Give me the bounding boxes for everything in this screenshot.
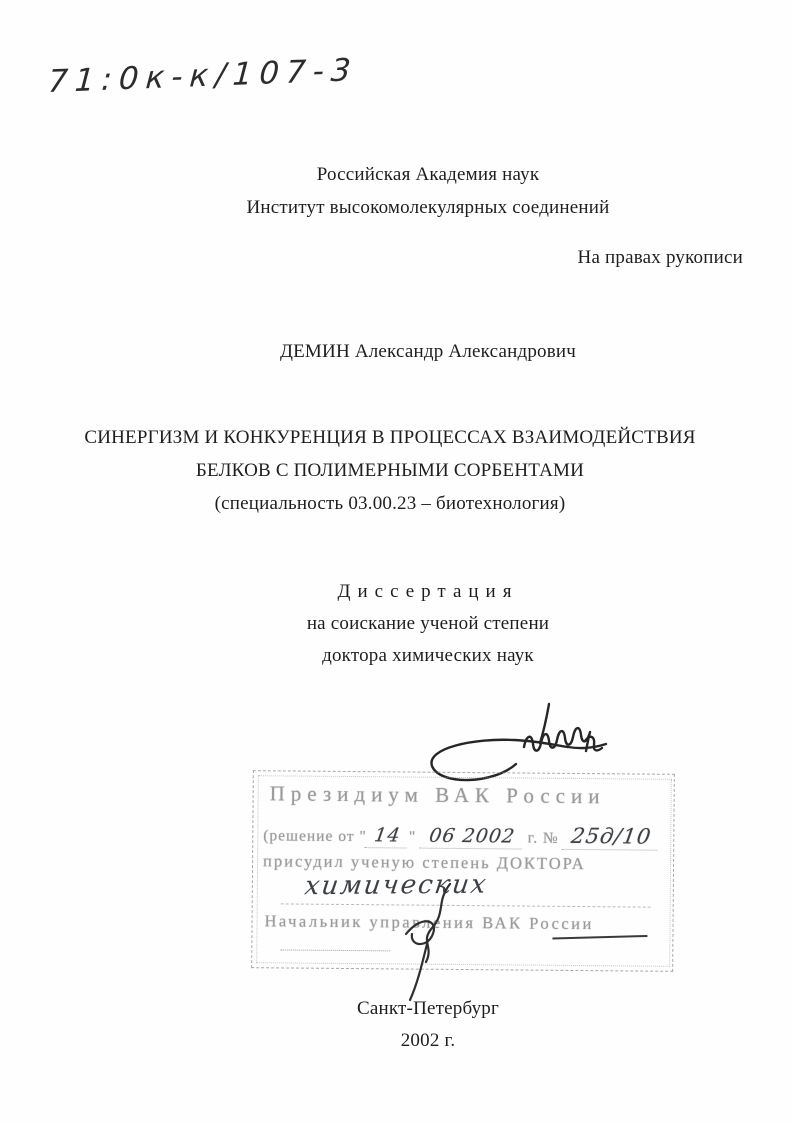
org-line-institute: Институт высокомолекулярных соединений (0, 197, 793, 219)
handwritten-call-number: 71:0к-к/107-3 (47, 52, 359, 100)
decision-prefix: (решение от " (263, 827, 367, 845)
footer-year: 2002 г. (0, 1030, 793, 1052)
document-page: 71:0к-к/107-3 Российская Академия наук И… (0, 0, 793, 1122)
footer-city: Санкт-Петербург (0, 998, 793, 1020)
thesis-degree: доктора химических наук (0, 645, 793, 667)
handwritten-date: 06 2002 (419, 825, 524, 850)
title-line-1: СИНЕРГИЗМ И КОНКУРЕНЦИЯ В ПРОЦЕССАХ ВЗАИ… (0, 427, 780, 449)
manuscript-note: На правах рукописи (0, 247, 743, 269)
org-line-academy: Российская Академия наук (0, 164, 793, 186)
title-line-2: БЕЛКОВ С ПОЛИМЕРНЫМИ СОРБЕНТАМИ (0, 460, 780, 482)
decision-close-quote: " (409, 829, 416, 846)
stamp-org-line: Президиум ВАК России (270, 781, 606, 809)
decision-number-label: г. № (528, 830, 559, 847)
author-name: ДЕМИН Александр Александрович (0, 341, 793, 363)
thesis-purpose: на соискание ученой степени (0, 613, 793, 635)
thesis-type: Диссертация (0, 581, 793, 603)
handwritten-case-number: 25д/10 (562, 824, 662, 851)
handwritten-day: 14 (365, 824, 411, 848)
stamp-decision-line: (решение от "14" 06 2002 г. № 25д/10 (263, 821, 659, 850)
specialty-line: (специальность 03.00.23 – биотехнология) (0, 493, 780, 515)
official-signature (366, 878, 516, 1006)
